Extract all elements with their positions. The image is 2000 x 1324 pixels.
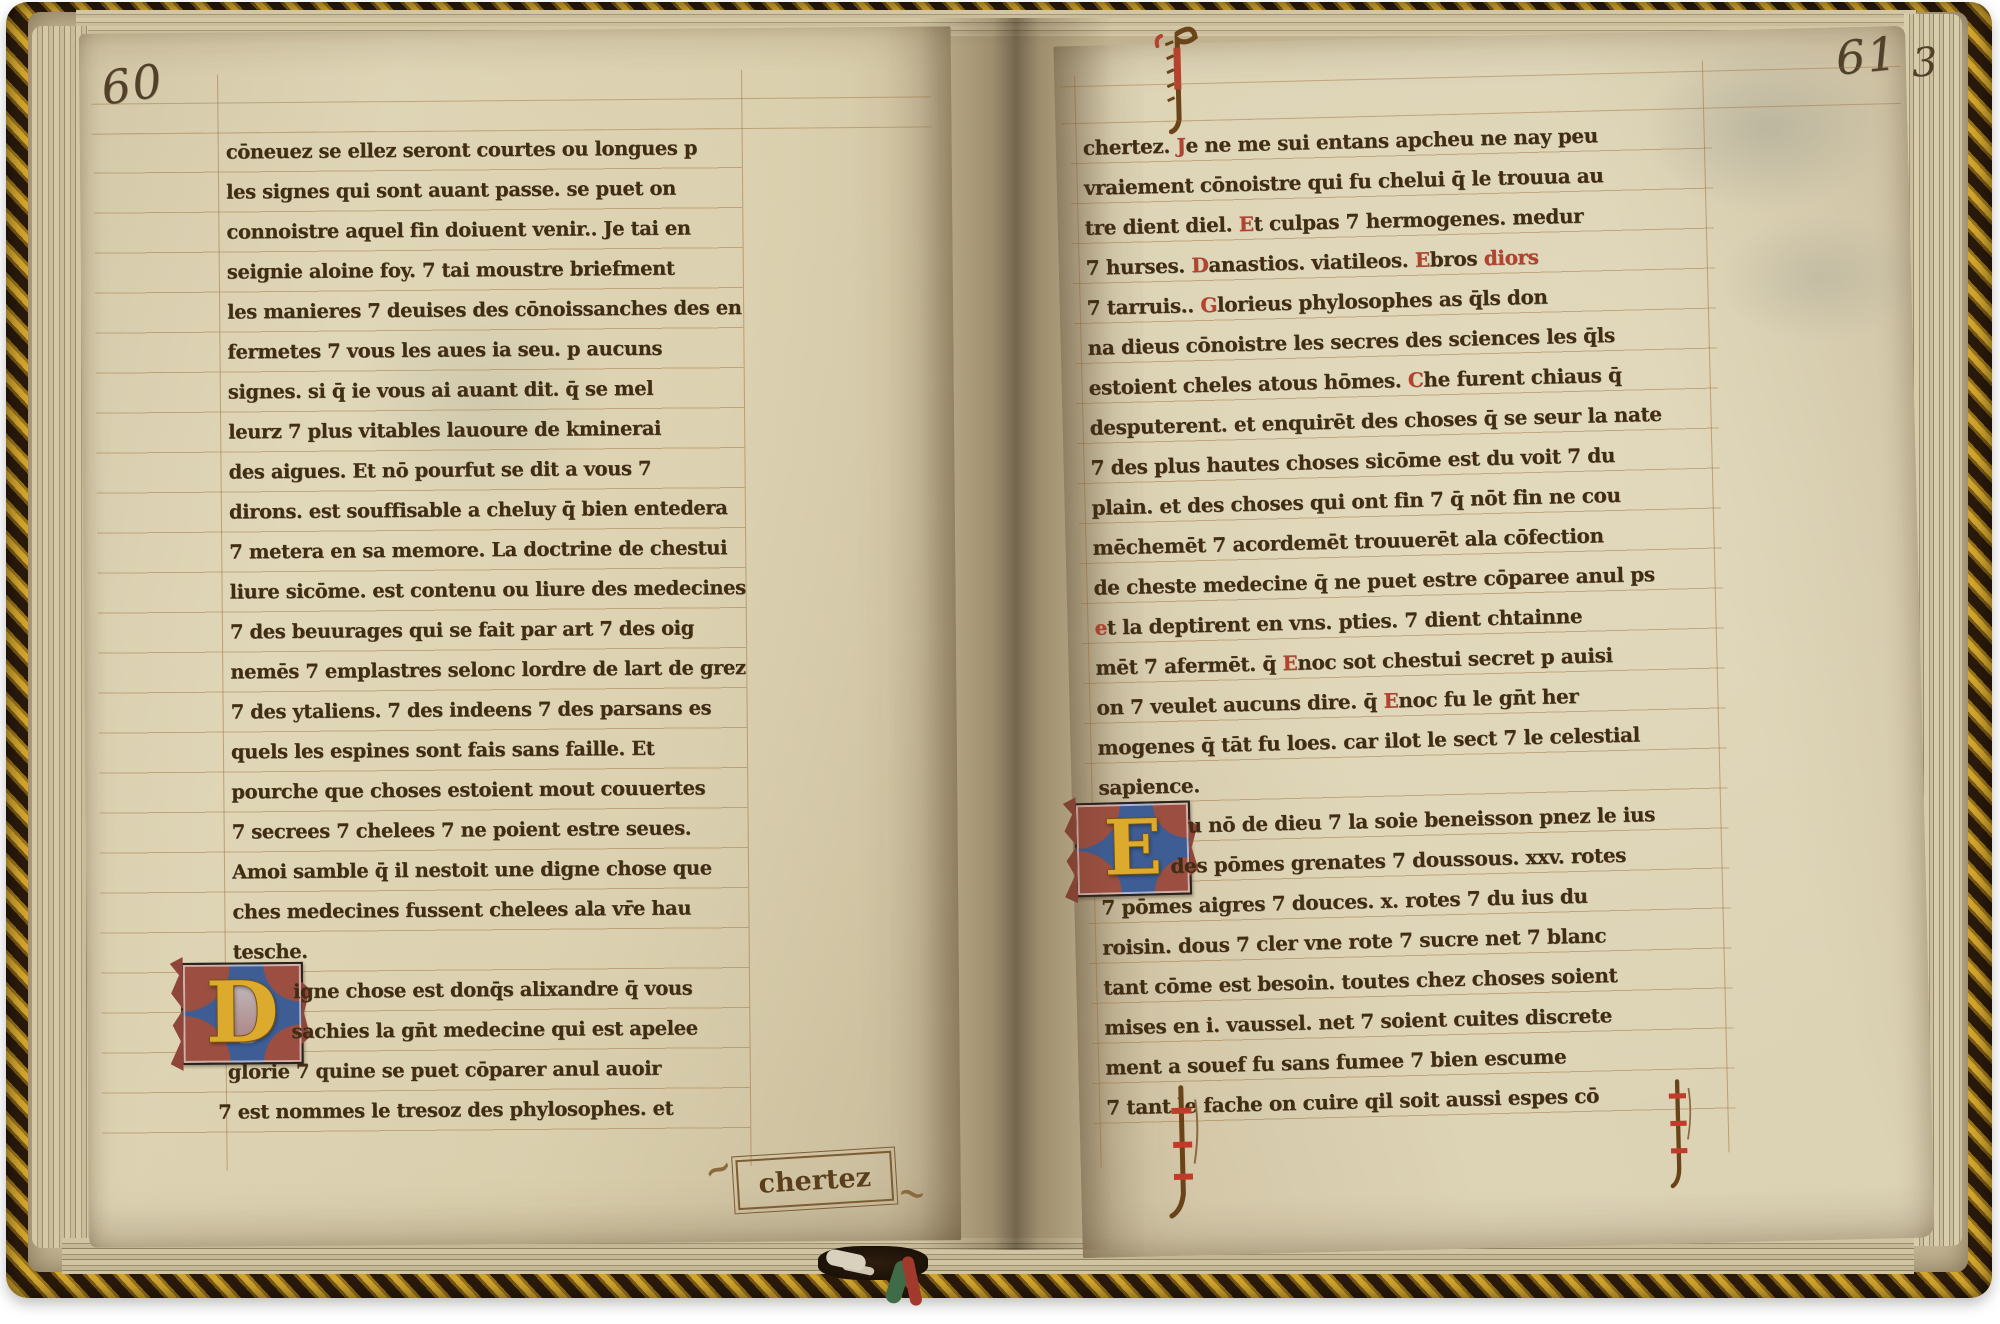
rubricated-letter: G: [1200, 293, 1217, 317]
right-page-paragraph-2: u nō de dieu 7 la soie beneisson pnez le…: [1099, 793, 1723, 1128]
left-page: 60 cōneuez se ellez seront courtes ou lo…: [79, 26, 962, 1248]
rubricated-letter: C: [1408, 368, 1424, 392]
left-page-paragraph-1: cōneuez se ellez seront courtes ou longu…: [226, 128, 749, 972]
rubricated-letter: E: [1415, 247, 1430, 271]
manuscript-text-line: liure sicōme. est contenu ou liure des m…: [229, 568, 745, 613]
manuscript-text-line: 7 est nommes le tresoz des phylosophes. …: [218, 1088, 750, 1133]
manuscript-text-line: pourche que choses estoient mout couuert…: [231, 768, 747, 813]
manuscript-text-line: les manieres 7 deuises des cōnoissanches…: [227, 288, 743, 333]
manuscript-text-line: nemēs 7 emplastres selonc lordre de lart…: [230, 648, 746, 693]
manuscript-text-line: connoistre aquel fin doiuent venir.. Je …: [226, 208, 742, 253]
pen-flourish-mark: [1149, 21, 1206, 134]
right-page-paragraph-1: chertez. Je ne me sui entans apcheu ne n…: [1082, 113, 1714, 808]
rubricated-letter: E: [1238, 212, 1253, 236]
rubricated-letter: D: [1191, 253, 1209, 277]
manuscript-text-line: des aigues. Et nō pourfut se dit a vous …: [228, 448, 744, 493]
quire-mark: [1161, 1085, 1208, 1226]
manuscript-text-line: 7 des beuurages qui se fait par art 7 de…: [230, 608, 746, 653]
manuscript-text-line: ches medecines fussent chelees ala vr̄e …: [232, 888, 748, 933]
manuscript-text-line: igne chose est donq̄s alixandre q̄ vous: [293, 968, 749, 1012]
catchword: chertez: [758, 1162, 872, 1200]
bookmark-threads: [812, 1246, 942, 1322]
manuscript-text-line: les signes qui sont auant passe. se puet…: [226, 168, 742, 213]
manuscript-text-line: 7 secrees 7 chelees 7 ne poient estre se…: [232, 808, 748, 853]
parchment-stain: [1718, 211, 1921, 346]
rubricated-letter: E: [1383, 688, 1398, 712]
right-folio-number: 61: [1833, 26, 1900, 86]
quire-mark: [1657, 1079, 1704, 1200]
manuscript-book: 3 60 cōneuez se ellez seront courtes ou …: [6, 2, 1992, 1298]
rubricated-letter: E: [1282, 651, 1297, 675]
manuscript-text-line: seignie aloine foy. 7 tai moustre briefm…: [227, 248, 743, 293]
manuscript-text-line: 7 metera en sa memore. La doctrine de ch…: [229, 528, 745, 573]
manuscript-text-line: sachies la gn̄t medecine qui est apelee: [291, 1008, 749, 1052]
rubricated-letter: diors: [1483, 245, 1538, 270]
manuscript-photo: { "book": { "description": "Open medieva…: [0, 0, 2000, 1324]
manuscript-text-line: Amoi samble q̄ il nestoit une digne chos…: [232, 848, 748, 893]
next-page-folio-number: 3: [1911, 39, 1939, 86]
manuscript-text-line: dirons. est souffisable a cheluy q̄ bien…: [229, 488, 745, 533]
manuscript-text-line: leurz 7 plus vitables lauoure de kminera…: [228, 408, 744, 453]
catchword-frame: chertez: [735, 1151, 894, 1210]
left-folio-number: 60: [98, 53, 168, 116]
manuscript-text-line: glorie 7 quine se puet cōparer anul auoi…: [228, 1048, 750, 1093]
manuscript-text-line: fermetes 7 vous les aues ia seu. p aucun…: [227, 328, 743, 373]
rubricated-letter: J: [1176, 133, 1186, 157]
manuscript-text-line: 7 des ytaliens. 7 des indeens 7 des pars…: [230, 688, 746, 733]
manuscript-text-line: tesche.: [233, 928, 749, 973]
manuscript-text-line: cōneuez se ellez seront courtes ou longu…: [226, 128, 742, 173]
rubricated-letter: e: [1094, 615, 1107, 639]
manuscript-text-line: signes. si q̄ ie vous ai auant dit. q̄ s…: [228, 368, 744, 413]
ruling-line: [91, 96, 931, 104]
left-page-paragraph-2: igne chose est donq̄s alixandre q̄ vouss…: [233, 968, 750, 1132]
right-page: 61 chertez. Je ne me sui entans apcheu n…: [1053, 26, 1934, 1258]
manuscript-text-line: quels les espines sont fais sans faille.…: [231, 728, 747, 773]
